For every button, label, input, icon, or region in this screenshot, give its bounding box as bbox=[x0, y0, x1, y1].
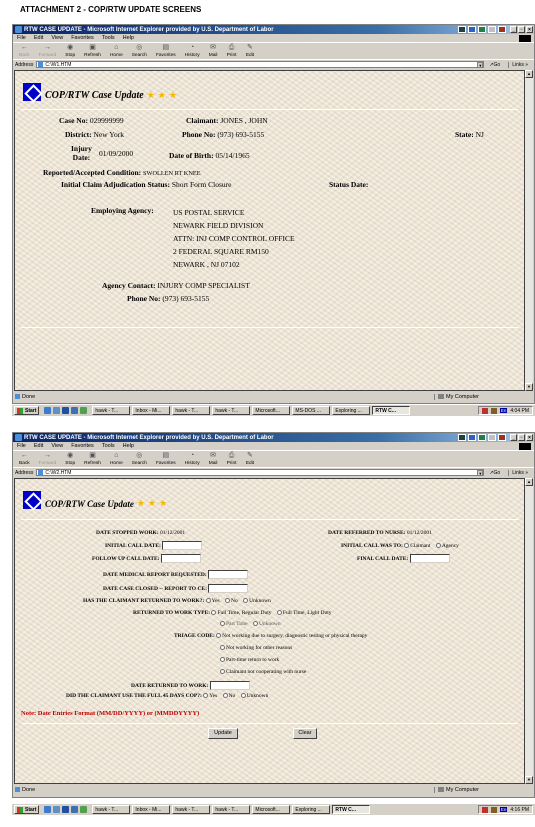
injury-date-value: 01/09/2000 bbox=[99, 149, 133, 158]
returned-label: HAS THE CLAIMANT RETURNED TO WORK?: bbox=[83, 598, 204, 604]
search-button[interactable]: ◎Search bbox=[132, 452, 147, 466]
task-button[interactable]: hawk - T... bbox=[212, 406, 250, 415]
phone-label: Phone No: bbox=[182, 130, 216, 139]
menu-edit[interactable]: Edit bbox=[34, 35, 43, 41]
date-referred-label: DATE REFERRED TO NURSE: bbox=[328, 530, 405, 536]
links-button[interactable]: Links » bbox=[508, 470, 528, 476]
title-bar: RTW CASE UPDATE - Microsoft Internet Exp… bbox=[13, 433, 534, 442]
app-icon[interactable] bbox=[458, 26, 466, 33]
case-closed-label: DATE CASE CLOSED -- REPORT TO CE: bbox=[103, 586, 207, 592]
edit-button[interactable]: ✎Edit bbox=[245, 452, 254, 466]
refresh-button[interactable]: ▣Refresh bbox=[84, 452, 101, 466]
search-button[interactable]: ◎Search bbox=[132, 44, 147, 58]
browser-window-2: RTW CASE UPDATE - Microsoft Internet Exp… bbox=[12, 432, 535, 798]
taskbar-2: Start hawk - T... Inbox - Mi... hawk - T… bbox=[12, 803, 535, 815]
print-icon: ⎙ bbox=[227, 452, 236, 460]
initial-call-label: INITIAL CALL DATE: bbox=[105, 543, 161, 549]
radio-returned-no[interactable]: No bbox=[225, 598, 238, 604]
title-bar: RTW CASE UPDATE - Microsoft Internet Exp… bbox=[13, 25, 534, 34]
menu-bar: File Edit View Favorites Tools Help bbox=[13, 442, 534, 451]
clock: 4:16 PM bbox=[510, 807, 529, 813]
dob-value: 05/14/1965 bbox=[215, 151, 249, 160]
forward-button[interactable]: →Forward bbox=[39, 44, 57, 58]
case-no-value: 029999999 bbox=[90, 116, 124, 125]
word-icon[interactable] bbox=[468, 434, 476, 441]
radio-triage-part-time[interactable]: Part-time return to work bbox=[220, 657, 279, 663]
menu-favorites[interactable]: Favorites bbox=[71, 443, 94, 449]
address-label: Address bbox=[15, 470, 33, 476]
contact-phone-value: (973) 693-5155 bbox=[162, 294, 209, 303]
task-button[interactable]: Exploring ... bbox=[292, 805, 330, 814]
divider bbox=[21, 519, 518, 520]
task-button-active[interactable]: RTW C... bbox=[332, 805, 370, 814]
menu-tools[interactable]: Tools bbox=[102, 443, 115, 449]
adjudication-label: Initial Claim Adjudication Status: bbox=[61, 180, 170, 189]
menu-file[interactable]: File bbox=[17, 35, 26, 41]
minimize-icon[interactable]: _ bbox=[510, 434, 517, 441]
employing-agency-label: Employing Agency: bbox=[91, 206, 154, 215]
condition-label: Reported/Accepted Condition: bbox=[43, 168, 141, 177]
computer-icon bbox=[438, 394, 444, 399]
page-icon bbox=[38, 470, 43, 475]
history-button[interactable]: ◔History bbox=[185, 452, 200, 466]
radio-triage-not-cooperating[interactable]: Claimant not cooperating with nurse bbox=[220, 669, 306, 675]
task-button[interactable]: Inbox - Mi... bbox=[132, 406, 170, 415]
restore-icon[interactable]: ▫ bbox=[518, 26, 525, 33]
page-icon bbox=[15, 787, 20, 792]
task-button-active[interactable]: RTW C... bbox=[372, 406, 410, 415]
radio-claimant[interactable]: Claimant bbox=[404, 543, 430, 549]
radio-rtw-unknown[interactable]: Unknown bbox=[253, 621, 281, 627]
page-icon bbox=[38, 62, 43, 67]
radio-full-time-regular[interactable]: Full Time, Regular Duty bbox=[211, 610, 271, 616]
volume-icon[interactable] bbox=[491, 408, 497, 414]
chevron-down-icon[interactable]: ▼ bbox=[477, 470, 483, 476]
document-heading: ATTACHMENT 2 - COP/RTW UPDATE SCREENS bbox=[20, 5, 201, 14]
date-returned-label: DATE RETURNED TO WORK: bbox=[131, 683, 208, 689]
phone-value: (973) 693-5155 bbox=[217, 130, 264, 139]
window-title: RTW CASE UPDATE - Microsoft Internet Exp… bbox=[24, 27, 274, 33]
menu-view[interactable]: View bbox=[51, 35, 63, 41]
stars-icon: ★★★ bbox=[147, 90, 180, 101]
system-tray: En 4:16 PM bbox=[478, 805, 533, 814]
date-stopped-value: 01/12/2001 bbox=[160, 530, 185, 536]
clear-button[interactable]: Clear bbox=[293, 728, 317, 739]
radio-returned-unknown[interactable]: Unknown bbox=[243, 598, 271, 604]
status-date-label: Status Date: bbox=[329, 180, 368, 189]
ie-icon bbox=[15, 26, 22, 33]
toolbar: ←Back →Forward ◉Stop ▣Refresh ⌂Home ◎Sea… bbox=[13, 43, 534, 60]
language-icon[interactable]: En bbox=[500, 408, 508, 413]
agency-contact-value: INJURY COMP SPECIALIST bbox=[157, 281, 249, 290]
menu-bar: File Edit View Favorites Tools Help bbox=[13, 34, 534, 43]
restore-icon[interactable]: ▫ bbox=[518, 434, 525, 441]
district-value: New York bbox=[94, 130, 124, 139]
access-icon[interactable] bbox=[498, 434, 506, 441]
zone-text: My Computer bbox=[446, 787, 479, 793]
page-icon bbox=[15, 394, 20, 399]
mail-button[interactable]: ✉Mail bbox=[209, 452, 218, 466]
contact-phone-label: Phone No: bbox=[127, 294, 161, 303]
status-text: Done bbox=[22, 394, 35, 400]
zone-text: My Computer bbox=[446, 394, 479, 400]
computer-icon bbox=[438, 787, 444, 792]
app-icon[interactable] bbox=[62, 407, 69, 414]
date-format-note: Note: Date Entries Format (MM/DD/YYYY) o… bbox=[21, 710, 199, 717]
med-report-label: DATE MEDICAL REPORT REQUESTED: bbox=[103, 572, 207, 578]
quick-launch bbox=[44, 407, 87, 414]
history-icon: ◔ bbox=[188, 452, 197, 460]
initial-call-to-label: INITIAL CALL WAS TO: bbox=[341, 543, 403, 549]
tray-icon[interactable] bbox=[482, 807, 488, 813]
close-icon[interactable]: × bbox=[526, 26, 533, 33]
scroll-down-icon[interactable]: ▼ bbox=[525, 383, 533, 391]
start-button[interactable]: Start bbox=[14, 406, 39, 415]
status-text: Done bbox=[22, 787, 35, 793]
word-icon[interactable] bbox=[468, 26, 476, 33]
favorites-button[interactable]: ▤Favorites bbox=[156, 452, 176, 466]
address-input[interactable]: C:\W2.HTM bbox=[36, 469, 484, 476]
cop-label: DID THE CLAIMANT USE THE FULL 45 DAYS CO… bbox=[66, 693, 202, 699]
back-arrow-icon: ← bbox=[20, 452, 29, 460]
app-icon[interactable] bbox=[458, 434, 466, 441]
office-shortcut-icons bbox=[458, 434, 506, 441]
triage-label: TRIAGE CODE: bbox=[174, 633, 215, 639]
radio-triage-other[interactable]: Not working for other reasons bbox=[220, 645, 292, 651]
back-button[interactable]: ←Back bbox=[19, 452, 30, 466]
ie-icon[interactable] bbox=[44, 407, 51, 414]
favorites-icon: ▤ bbox=[161, 44, 170, 52]
links-button[interactable]: Links » bbox=[508, 62, 528, 68]
radio-part-time[interactable]: Part Time bbox=[220, 621, 248, 627]
window-title: RTW CASE UPDATE - Microsoft Internet Exp… bbox=[24, 435, 274, 441]
stop-icon: ◉ bbox=[66, 44, 75, 52]
windows-logo-icon bbox=[519, 443, 531, 450]
edit-icon: ✎ bbox=[245, 44, 254, 52]
page-content: COP/RTW Case Update ★★★ Case No: 0299999… bbox=[14, 70, 525, 391]
app-icon[interactable] bbox=[80, 806, 87, 813]
quick-launch bbox=[44, 806, 87, 813]
print-icon: ⎙ bbox=[227, 44, 236, 52]
menu-tools[interactable]: Tools bbox=[102, 35, 115, 41]
radio-agency[interactable]: Agency bbox=[436, 543, 459, 549]
windows-logo-icon bbox=[17, 807, 23, 813]
follow-up-date-input[interactable] bbox=[161, 554, 201, 563]
tray-icon[interactable] bbox=[482, 408, 488, 414]
refresh-button[interactable]: ▣Refresh bbox=[84, 44, 101, 58]
home-icon: ⌂ bbox=[112, 44, 121, 52]
mail-button[interactable]: ✉Mail bbox=[209, 44, 218, 58]
dol-logo-icon bbox=[23, 83, 41, 101]
access-icon[interactable] bbox=[498, 26, 506, 33]
menu-help[interactable]: Help bbox=[123, 35, 134, 41]
condition-value: SWOLLEN RT KNEE bbox=[143, 170, 201, 177]
volume-icon[interactable] bbox=[491, 807, 497, 813]
forward-arrow-icon: → bbox=[43, 452, 52, 460]
calendar-icon[interactable] bbox=[488, 434, 496, 441]
page-content: COP/RTW Case Update ★★★ DATE STOPPED WOR… bbox=[14, 478, 525, 784]
final-call-date-input[interactable] bbox=[410, 554, 450, 563]
menu-help[interactable]: Help bbox=[123, 443, 134, 449]
claimant-value: JONES , JOHN bbox=[220, 116, 267, 125]
final-call-label: FINAL CALL DATE: bbox=[357, 556, 408, 562]
employing-agency-address: US POSTAL SERVICE NEWARK FIELD DIVISION … bbox=[173, 206, 295, 271]
back-arrow-icon: ← bbox=[20, 44, 29, 52]
refresh-icon: ▣ bbox=[88, 44, 97, 52]
injury-date-label: Injury bbox=[71, 144, 92, 153]
date-referred-value: 01/12/2001 bbox=[407, 530, 432, 536]
dob-label: Date of Birth: bbox=[169, 151, 214, 160]
favorites-button[interactable]: ▤Favorites bbox=[156, 44, 176, 58]
print-button[interactable]: ⎙Print bbox=[227, 452, 237, 466]
app-icon[interactable] bbox=[62, 806, 69, 813]
language-icon[interactable]: En bbox=[500, 807, 508, 812]
go-button[interactable]: ↗Go bbox=[489, 62, 500, 68]
go-button[interactable]: ↗Go bbox=[489, 470, 500, 476]
start-button[interactable]: Start bbox=[14, 805, 39, 814]
dol-logo-icon bbox=[23, 491, 41, 509]
system-tray: En 4:04 PM bbox=[478, 406, 533, 415]
edit-button[interactable]: ✎Edit bbox=[245, 44, 254, 58]
address-input[interactable]: C:\W1.HTM bbox=[36, 61, 484, 68]
app-icon[interactable] bbox=[71, 407, 78, 414]
excel-icon[interactable] bbox=[478, 26, 486, 33]
med-report-date-input[interactable] bbox=[208, 570, 248, 579]
date-stopped-label: DATE STOPPED WORK: bbox=[96, 530, 159, 536]
excel-icon[interactable] bbox=[478, 434, 486, 441]
status-bar: Done My Computer bbox=[13, 392, 534, 401]
ie-icon[interactable] bbox=[44, 806, 51, 813]
task-button[interactable]: hawk - T... bbox=[172, 406, 210, 415]
task-button[interactable]: hawk - T... bbox=[212, 805, 250, 814]
case-closed-date-input[interactable] bbox=[208, 584, 248, 593]
browser-window-1: RTW CASE UPDATE - Microsoft Internet Exp… bbox=[12, 24, 535, 404]
radio-cop-yes[interactable]: Yes bbox=[203, 693, 217, 699]
agency-contact-label: Agency Contact: bbox=[102, 281, 156, 290]
follow-up-label: FOLLOW UP CALL DATE: bbox=[92, 556, 160, 562]
address-label: Address bbox=[15, 62, 33, 68]
vertical-scrollbar[interactable]: ▲ ▼ bbox=[525, 70, 533, 391]
radio-icon bbox=[404, 543, 409, 548]
district-label: District: bbox=[65, 130, 92, 139]
back-button[interactable]: ←Back bbox=[19, 44, 30, 58]
radio-cop-no[interactable]: No bbox=[223, 693, 236, 699]
refresh-icon: ▣ bbox=[88, 452, 97, 460]
radio-full-time-light[interactable]: Full Time, Light Duty bbox=[277, 610, 332, 616]
stop-button[interactable]: ◉Stop bbox=[65, 452, 75, 466]
menu-view[interactable]: View bbox=[51, 443, 63, 449]
taskbar-1: Start hawk - T... Inbox - Mi... hawk - T… bbox=[12, 404, 535, 416]
state-value: NJ bbox=[476, 130, 484, 139]
history-icon: ◔ bbox=[188, 44, 197, 52]
ie-icon bbox=[15, 434, 22, 441]
task-button[interactable]: Microsoft... bbox=[252, 406, 290, 415]
status-bar: Done My Computer bbox=[13, 785, 534, 794]
date-returned-input[interactable] bbox=[210, 681, 250, 690]
task-button[interactable]: Exploring ... bbox=[332, 406, 370, 415]
search-icon: ◎ bbox=[135, 44, 144, 52]
update-button[interactable]: Update bbox=[208, 728, 238, 739]
radio-icon bbox=[436, 543, 441, 548]
page-title: COP/RTW Case Update bbox=[45, 90, 144, 101]
scroll-up-icon[interactable]: ▲ bbox=[525, 70, 533, 78]
task-button[interactable]: hawk - T... bbox=[92, 406, 130, 415]
rtw-type-label: RETURNED TO WORK TYPE: bbox=[133, 610, 210, 616]
stop-button[interactable]: ◉Stop bbox=[65, 44, 75, 58]
radio-cop-unknown[interactable]: Unknown bbox=[241, 693, 269, 699]
forward-arrow-icon: → bbox=[43, 44, 52, 52]
favorites-icon: ▤ bbox=[161, 452, 170, 460]
radio-returned-yes[interactable]: Yes bbox=[206, 598, 220, 604]
history-button[interactable]: ◔History bbox=[185, 44, 200, 58]
case-no-label: Case No: bbox=[59, 116, 88, 125]
clock: 4:04 PM bbox=[510, 408, 529, 414]
address-bar: Address C:\W1.HTM ▼ ↗Go Links » bbox=[13, 60, 534, 69]
minimize-icon[interactable]: _ bbox=[510, 26, 517, 33]
home-button[interactable]: ⌂Home bbox=[110, 452, 123, 466]
menu-file[interactable]: File bbox=[17, 443, 26, 449]
close-icon[interactable]: × bbox=[526, 434, 533, 441]
task-button[interactable]: Microsoft... bbox=[252, 805, 290, 814]
page-title: COP/RTW Case Update bbox=[45, 499, 134, 509]
stars-icon: ★★★ bbox=[137, 498, 170, 509]
divider bbox=[21, 109, 518, 110]
initial-call-date-input[interactable] bbox=[162, 541, 202, 550]
address-bar: Address C:\W2.HTM ▼ ↗Go Links » bbox=[13, 468, 534, 477]
edit-icon: ✎ bbox=[245, 452, 254, 460]
home-button[interactable]: ⌂Home bbox=[110, 44, 123, 58]
divider bbox=[21, 327, 518, 328]
print-button[interactable]: ⎙Print bbox=[227, 44, 237, 58]
task-button[interactable]: MS-DOS ... bbox=[292, 406, 330, 415]
mail-icon: ✉ bbox=[209, 44, 218, 52]
app-icon[interactable] bbox=[71, 806, 78, 813]
scroll-up-icon[interactable]: ▲ bbox=[525, 478, 533, 486]
stop-icon: ◉ bbox=[66, 452, 75, 460]
search-icon: ◎ bbox=[135, 452, 144, 460]
scroll-down-icon[interactable]: ▼ bbox=[525, 776, 533, 784]
claimant-label: Claimant: bbox=[186, 116, 219, 125]
toolbar: ←Back →Forward ◉Stop ▣Refresh ⌂Home ◎Sea… bbox=[13, 451, 534, 468]
outlook-icon[interactable] bbox=[53, 806, 60, 813]
forward-button[interactable]: →Forward bbox=[39, 452, 57, 466]
divider bbox=[21, 723, 518, 724]
task-button[interactable]: Inbox - Mi... bbox=[132, 805, 170, 814]
menu-favorites[interactable]: Favorites bbox=[71, 35, 94, 41]
task-button[interactable]: hawk - T... bbox=[172, 805, 210, 814]
chevron-down-icon[interactable]: ▼ bbox=[477, 62, 483, 68]
radio-triage-surgery[interactable]: Not working due to surgery, diagnostic t… bbox=[216, 633, 367, 639]
mail-icon: ✉ bbox=[209, 452, 218, 460]
adjudication-value: Short Form Closure bbox=[172, 180, 232, 189]
menu-edit[interactable]: Edit bbox=[34, 443, 43, 449]
home-icon: ⌂ bbox=[112, 452, 121, 460]
app-icon[interactable] bbox=[80, 407, 87, 414]
vertical-scrollbar[interactable]: ▲ ▼ bbox=[525, 478, 533, 784]
office-shortcut-icons bbox=[458, 26, 506, 33]
windows-logo-icon bbox=[519, 35, 531, 42]
calendar-icon[interactable] bbox=[488, 26, 496, 33]
outlook-icon[interactable] bbox=[53, 407, 60, 414]
state-label: State: bbox=[455, 130, 474, 139]
task-button[interactable]: hawk - T... bbox=[92, 805, 130, 814]
windows-logo-icon bbox=[17, 408, 23, 414]
